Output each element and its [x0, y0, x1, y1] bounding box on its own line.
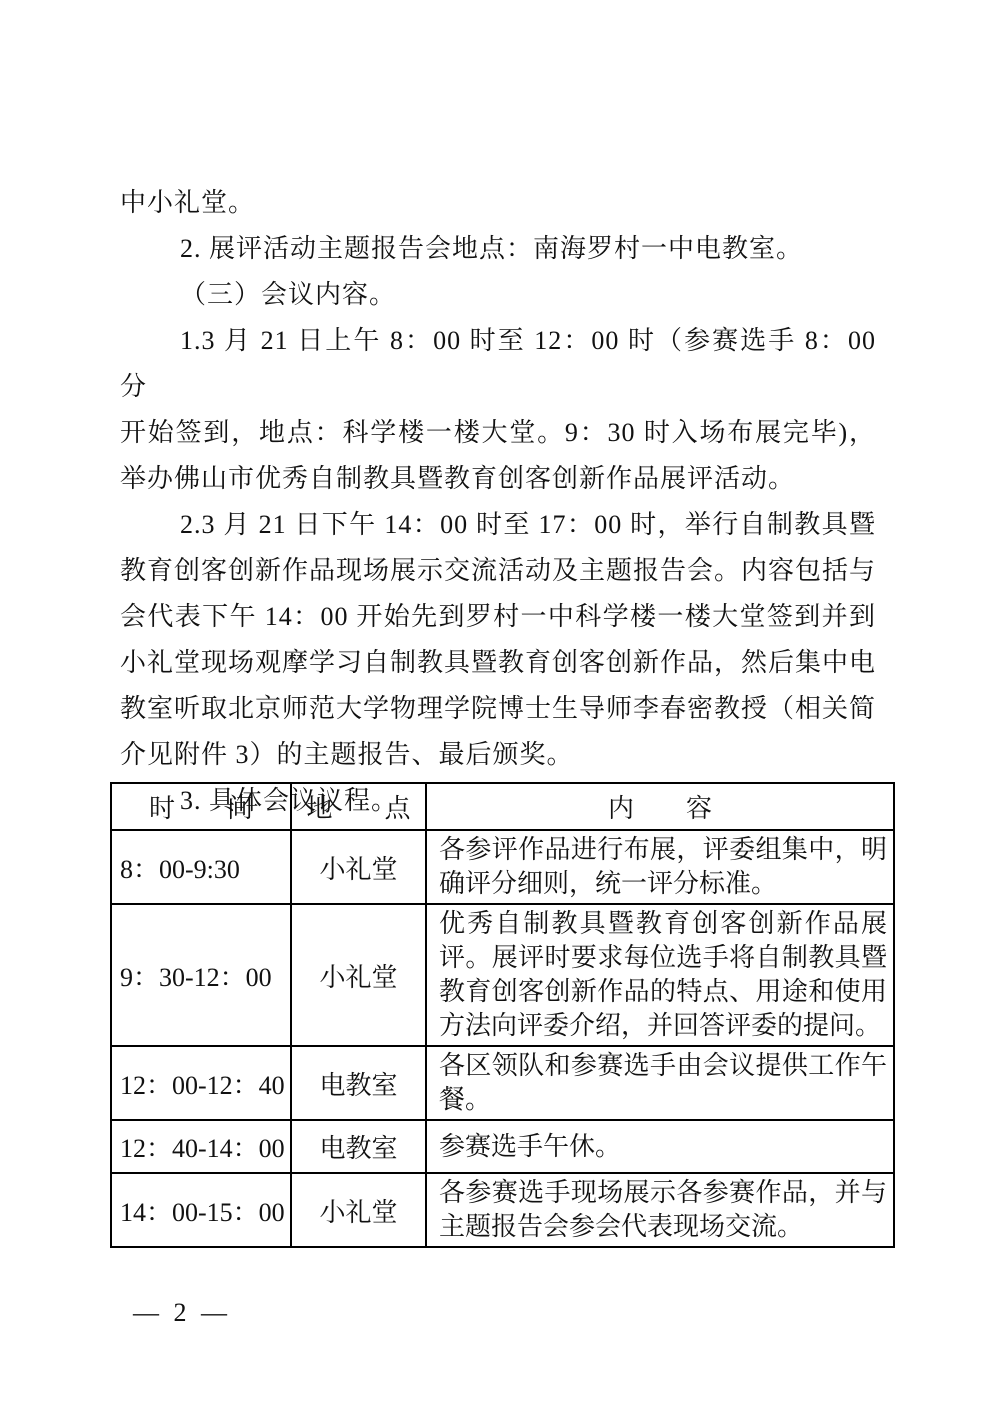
table-header-content: 内 容 [426, 783, 894, 830]
time-cell: 8：00-9:30 [111, 830, 291, 904]
table-row: 14：00-15：00 小礼堂 各参赛选手现场展示各参赛作品，并与主题报告会参会… [111, 1173, 894, 1247]
document-body: 中小礼堂。 2. 展评活动主题报告会地点：南海罗村一中电教室。 （三）会议内容。… [120, 180, 876, 824]
place-cell: 小礼堂 [291, 1173, 426, 1247]
schedule-table-wrapper: 时 间 地 点 内 容 8：00-9:30 小礼堂 各参评作品进行布展，评委组集… [110, 782, 895, 1248]
body-line: 开始签到，地点：科学楼一楼大堂。9：30 时入场布展完毕)， [120, 410, 876, 456]
place-cell: 小礼堂 [291, 904, 426, 1046]
table-row: 12：40-14：00 电教室 参赛选手午休。 [111, 1120, 894, 1173]
body-line: 2.3 月 21 日下午 14：00 时至 17：00 时，举行自制教具暨 [120, 502, 876, 548]
table-row: 8：00-9:30 小礼堂 各参评作品进行布展，评委组集中，明确评分细则，统一评… [111, 830, 894, 904]
body-line: 会代表下午 14：00 开始先到罗村一中科学楼一楼大堂签到并到 [120, 594, 876, 640]
body-line: 中小礼堂。 [120, 180, 876, 226]
body-line: 1.3 月 21 日上午 8：00 时至 12：00 时（参赛选手 8：00 分 [120, 318, 876, 410]
content-cell: 参赛选手午休。 [426, 1120, 894, 1173]
time-cell: 12：40-14：00 [111, 1120, 291, 1173]
table-header-row: 时 间 地 点 内 容 [111, 783, 894, 830]
content-cell: 各参评作品进行布展，评委组集中，明确评分细则，统一评分标准。 [426, 830, 894, 904]
time-cell: 14：00-15：00 [111, 1173, 291, 1247]
content-cell: 各区领队和参赛选手由会议提供工作午餐。 [426, 1046, 894, 1120]
body-line: 2. 展评活动主题报告会地点：南海罗村一中电教室。 [120, 226, 876, 272]
content-cell: 各参赛选手现场展示各参赛作品，并与主题报告会参会代表现场交流。 [426, 1173, 894, 1247]
document-page: 中小礼堂。 2. 展评活动主题报告会地点：南海罗村一中电教室。 （三）会议内容。… [0, 0, 992, 1403]
body-line: （三）会议内容。 [120, 272, 876, 318]
table-header-place: 地 点 [291, 783, 426, 830]
place-cell: 电教室 [291, 1046, 426, 1120]
body-line: 介见附件 3）的主题报告、最后颁奖。 [120, 732, 876, 778]
time-cell: 12：00-12：40 [111, 1046, 291, 1120]
table-row: 12：00-12：40 电教室 各区领队和参赛选手由会议提供工作午餐。 [111, 1046, 894, 1120]
table-header-time: 时 间 [111, 783, 291, 830]
schedule-table: 时 间 地 点 内 容 8：00-9:30 小礼堂 各参评作品进行布展，评委组集… [110, 782, 895, 1248]
body-line: 小礼堂现场观摩学习自制教具暨教育创客创新作品，然后集中电 [120, 640, 876, 686]
page-number: — 2 — [133, 1298, 231, 1328]
body-line: 教育创客创新作品现场展示交流活动及主题报告会。内容包括与 [120, 548, 876, 594]
time-cell: 9：30-12：00 [111, 904, 291, 1046]
body-line: 教室听取北京师范大学物理学院博士生导师李春密教授（相关简 [120, 686, 876, 732]
content-cell: 优秀自制教具暨教育创客创新作品展评。展评时要求每位选手将自制教具暨教育创客创新作… [426, 904, 894, 1046]
place-cell: 电教室 [291, 1120, 426, 1173]
body-line: 举办佛山市优秀自制教具暨教育创客创新作品展评活动。 [120, 456, 876, 502]
place-cell: 小礼堂 [291, 830, 426, 904]
table-row: 9：30-12：00 小礼堂 优秀自制教具暨教育创客创新作品展评。展评时要求每位… [111, 904, 894, 1046]
